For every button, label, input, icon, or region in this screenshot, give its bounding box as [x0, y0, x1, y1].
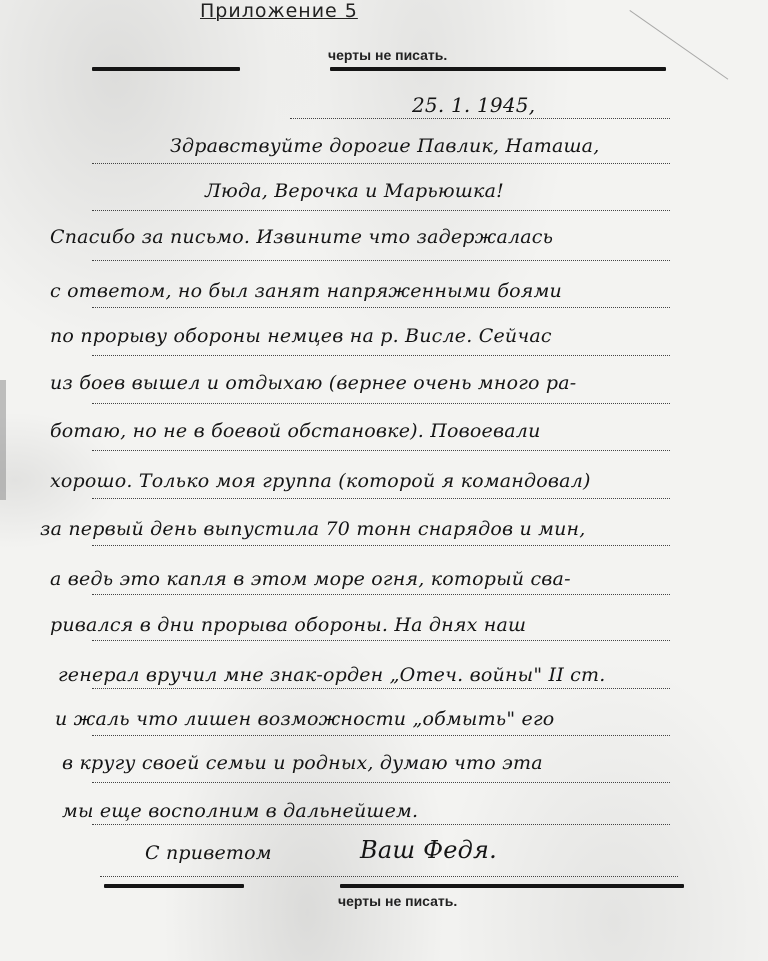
body-line: в кругу своей семьи и родных, думаю что …	[62, 752, 543, 774]
body-line: Спасибо за письмо. Извините что задержал…	[50, 226, 553, 248]
body-line: хорошо. Только моя группа (которой я ком…	[50, 470, 591, 492]
ruled-line	[92, 210, 670, 211]
stamp-top-text: черты не писать.	[328, 47, 447, 63]
ruled-line	[92, 688, 670, 689]
ruled-line	[92, 260, 670, 261]
body-line: ботаю, но не в боевой обстановке). Повое…	[50, 420, 541, 442]
ruled-line	[92, 355, 670, 356]
ruled-line	[92, 163, 670, 164]
stamp-bottom-text: черты не писать.	[338, 893, 457, 909]
letter-page: Приложение 5 черты не писать. 25. 1. 194…	[0, 0, 768, 961]
ruled-line	[92, 307, 670, 308]
bottom-rule-left	[104, 884, 244, 888]
ruled-line	[92, 735, 670, 736]
ruled-line	[92, 782, 670, 783]
body-line: с ответом, но был занят напряженными боя…	[50, 280, 562, 302]
ruled-line	[92, 498, 670, 499]
letter-date: 25. 1. 1945,	[412, 93, 535, 117]
body-line: по прорыву обороны немцев на р. Висле. С…	[50, 325, 552, 347]
left-edge-mark	[0, 380, 6, 500]
body-line: из боев вышел и отдыхаю (вернее очень мн…	[50, 372, 576, 394]
top-rule-right	[330, 67, 666, 71]
greeting-line-2: Люда, Верочка и Марьюшка!	[205, 180, 504, 202]
ruled-line	[92, 594, 670, 595]
signature: Ваш Федя.	[360, 836, 497, 864]
ruled-line	[92, 403, 670, 404]
appendix-title: Приложение 5	[200, 0, 358, 22]
ruled-line	[92, 545, 670, 546]
body-line: мы еще восполним в дальнейшем.	[62, 800, 418, 822]
body-line: ривался в дни прорыва обороны. На днях н…	[50, 614, 526, 636]
bottom-rule-right	[340, 884, 684, 888]
ruled-line	[92, 824, 670, 825]
ruled-line	[92, 450, 670, 451]
ruled-line	[92, 640, 670, 641]
ruled-line	[290, 118, 670, 119]
body-line: и жаль что лишен возможности „обмыть" ег…	[55, 708, 554, 730]
greeting-line-1: Здравствуйте дорогие Павлик, Наташа,	[170, 135, 599, 157]
top-rule-left	[92, 67, 240, 71]
ruled-line	[100, 876, 678, 877]
body-line: генерал вручил мне знак-орден „Отеч. вой…	[58, 664, 605, 686]
body-line: а ведь это капля в этом море огня, котор…	[50, 568, 571, 590]
closing-salutation: С приветом	[145, 842, 272, 864]
corner-fold-mark	[584, 10, 729, 145]
body-line: за первый день выпустила 70 тонн снарядо…	[40, 518, 586, 540]
